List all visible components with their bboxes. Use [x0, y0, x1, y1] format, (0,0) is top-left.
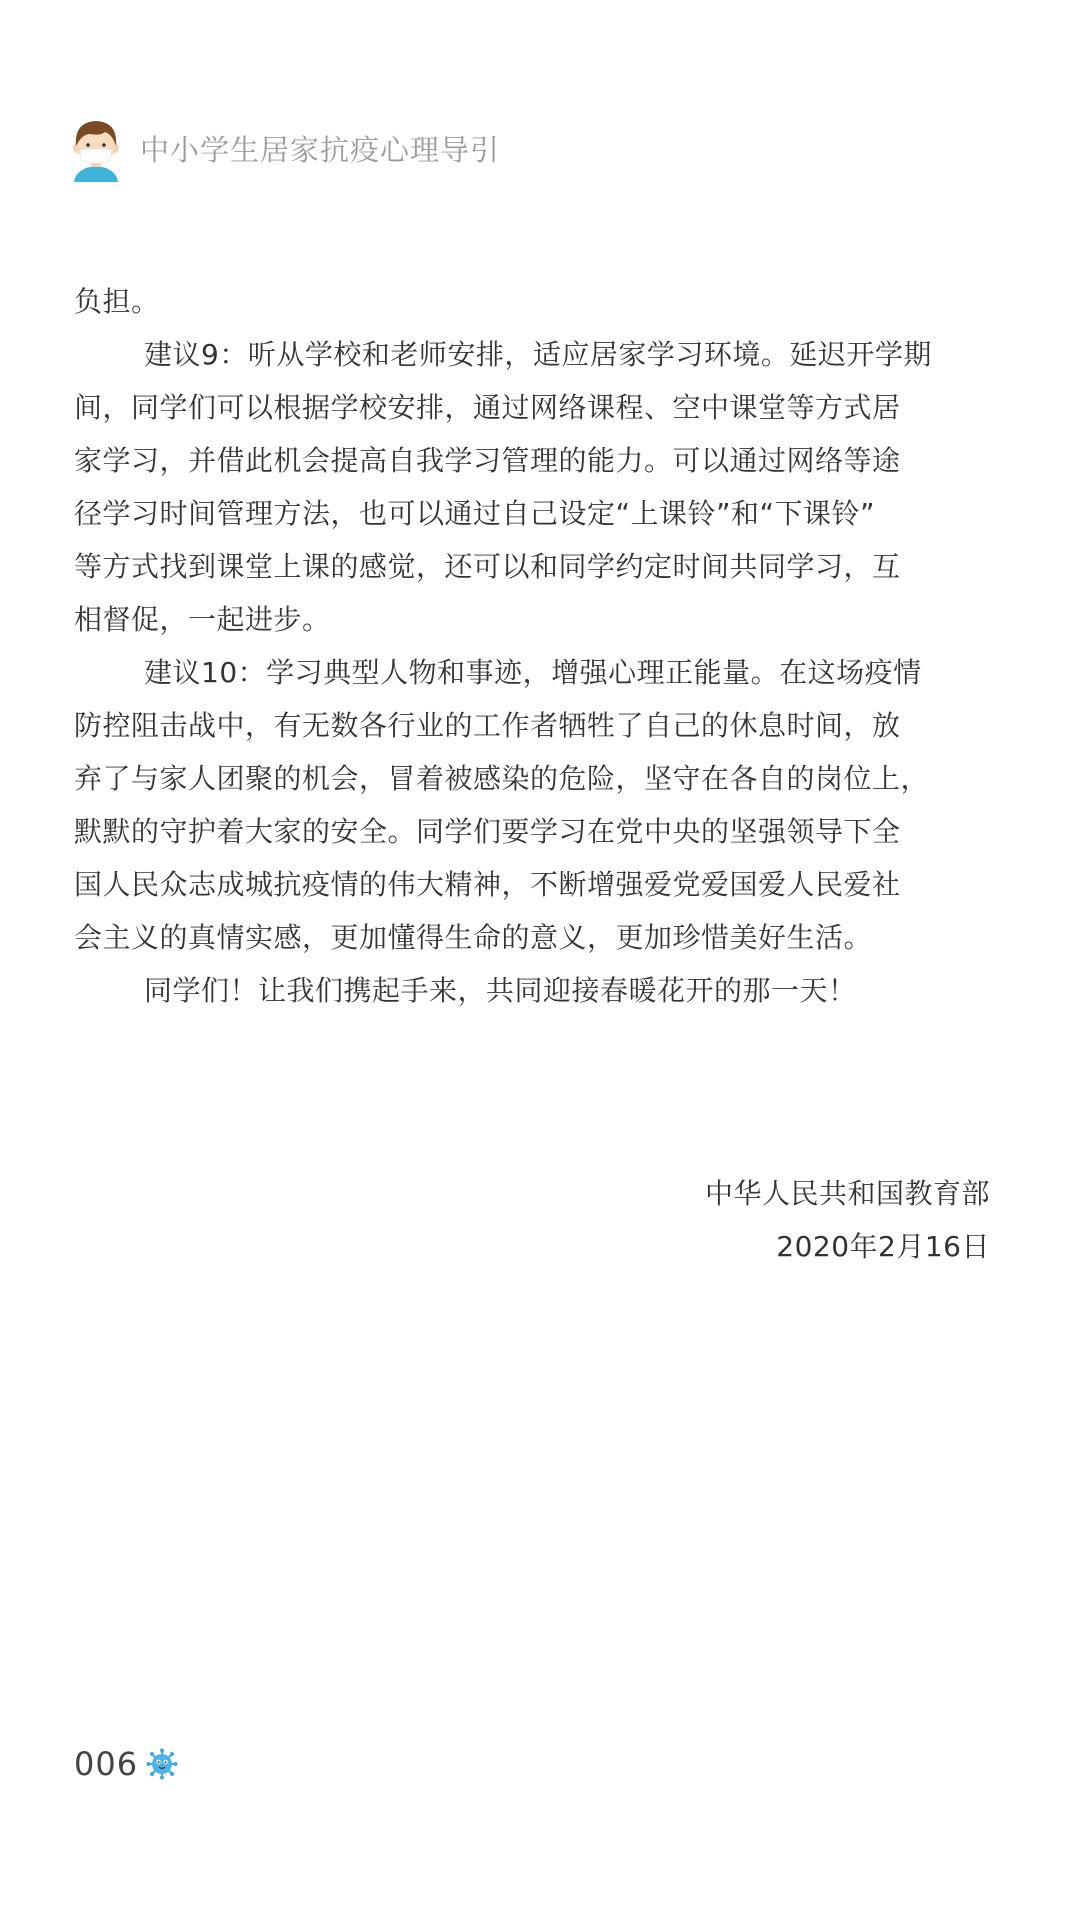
signature-organization: 中华人民共和国教育部	[705, 1167, 990, 1220]
text-line: 会主义的真情实感，更加懂得生命的意义，更加珍惜美好生活。	[74, 911, 1004, 964]
text-line: 负担。	[74, 275, 1004, 328]
text-line-closing: 同学们！让我们携起手来，共同迎接春暖花开的那一天！	[74, 964, 1004, 1017]
text-line: 默默的守护着大家的安全。同学们要学习在党中央的坚强领导下全	[74, 805, 1004, 858]
text-line: 径学习时间管理方法，也可以通过自己设定“上课铃”和“下课铃”	[74, 487, 1004, 540]
text-line: 相督促，一起进步。	[74, 593, 1004, 646]
document-title: 中小学生居家抗疫心理导引	[140, 118, 500, 182]
text-line: 家学习，并借此机会提高自我学习管理的能力。可以通过网络等途	[74, 434, 1004, 487]
text-line: 国人民众志成城抗疫情的伟大精神，不断增强爱党爱国爱人民爱社	[74, 858, 1004, 911]
document-body: 负担。 建议9：听从学校和老师安排，适应居家学习环境。延迟开学期 间，同学们可以…	[74, 275, 1004, 1017]
signature-block: 中华人民共和国教育部 2020年2月16日	[705, 1167, 990, 1273]
text-line: 弃了与家人团聚的机会，冒着被感染的危险，坚守在各自的岗位上，	[74, 752, 1004, 805]
page-footer: 006	[74, 1745, 178, 1783]
text-line-suggestion-10: 建议10：学习典型人物和事迹，增强心理正能量。在这场疫情	[74, 646, 1004, 699]
text-line: 等方式找到课堂上课的感觉，还可以和同学约定时间共同学习，互	[74, 540, 1004, 593]
page-number: 006	[74, 1745, 138, 1783]
text-line: 防控阻击战中，有无数各行业的工作者牺牲了自己的休息时间，放	[74, 699, 1004, 752]
text-line-suggestion-9: 建议9：听从学校和老师安排，适应居家学习环境。延迟开学期	[74, 328, 1004, 381]
text-line: 间，同学们可以根据学校安排，通过网络课程、空中课堂等方式居	[74, 381, 1004, 434]
header: 中小学生居家抗疫心理导引	[72, 118, 500, 182]
masked-child-avatar-icon	[72, 118, 120, 182]
signature-date: 2020年2月16日	[705, 1220, 990, 1273]
cartoon-virus-icon	[146, 1748, 178, 1780]
